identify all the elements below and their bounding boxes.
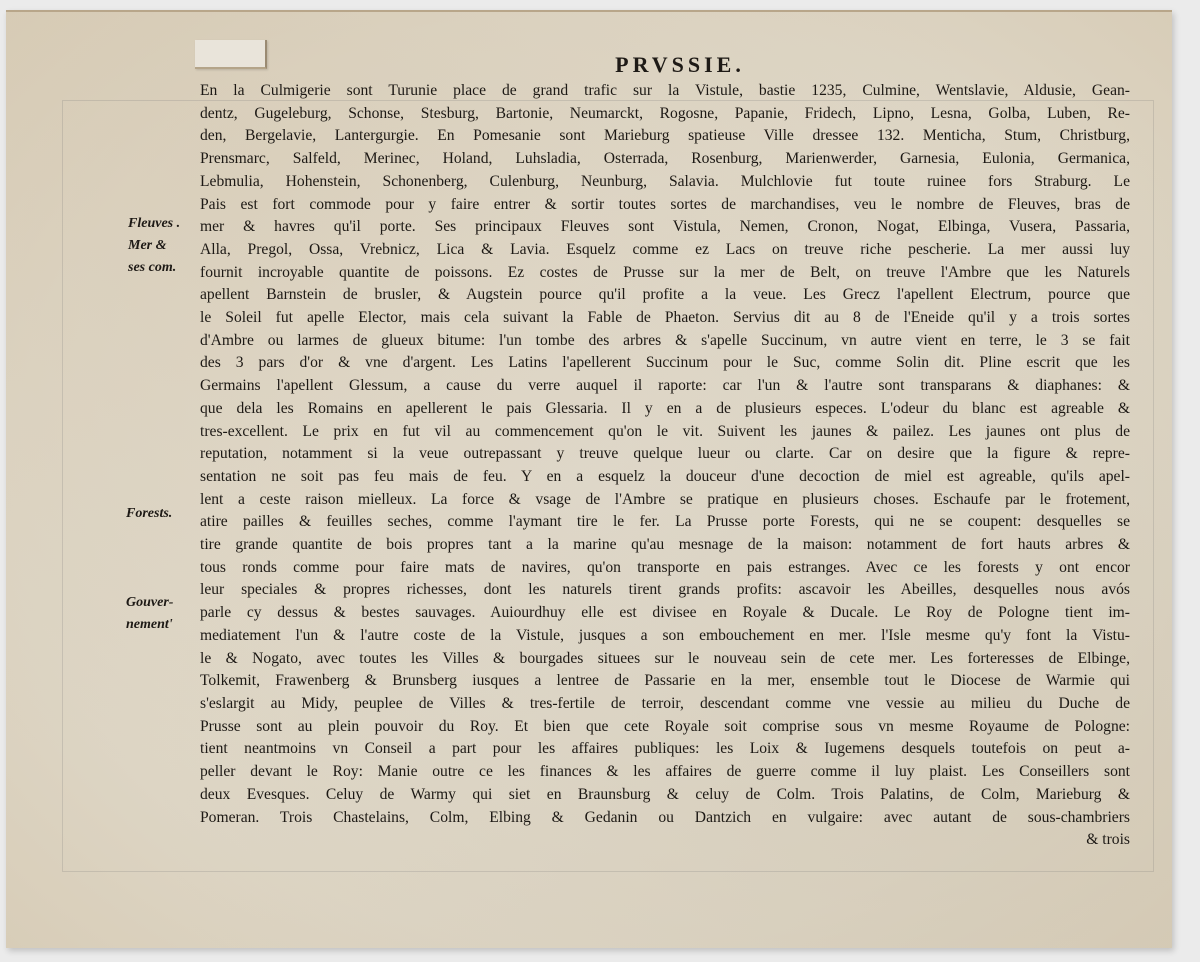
text-line: Alla, Pregol, Ossa, Vrebnicz, Lica & Lav… (200, 239, 1130, 262)
text-line: mediatement l'un & l'autre coste de la V… (200, 625, 1130, 648)
text-line: Pomeran. Trois Chastelains, Colm, Elbing… (200, 807, 1130, 830)
margin-note-fleuves: Fleuves . Mer & ses com. (128, 213, 180, 279)
text-line: Prensmarc, Salfeld, Merinec, Holand, Luh… (200, 148, 1130, 171)
margin-note-line: Fleuves . (128, 213, 180, 235)
text-line: Germains l'apellent Glessum, a cause du … (200, 375, 1130, 398)
text-line: tres-excellent. Le prix en fut vil au co… (200, 421, 1130, 444)
margin-note-line: nement' (126, 614, 173, 636)
text-line: peller devant le Roy: Manie outre ce les… (200, 761, 1130, 784)
text-line: En la Culmigerie sont Turunie place de g… (200, 80, 1130, 103)
text-line: leur speciales & propres richesses, dont… (200, 579, 1130, 602)
margin-note-line: Forests. (126, 503, 172, 525)
text-line: des 3 pars d'or & vne d'argent. Les Lati… (200, 352, 1130, 375)
catchword: & trois (200, 829, 1130, 852)
text-line: den, Bergelavie, Lantergurgie. En Pomesa… (200, 125, 1130, 148)
text-line: reputation, notamment si la veue outrepa… (200, 443, 1130, 466)
margin-note-line: Gouver- (126, 592, 173, 614)
text-line: Pais est fort commode pour y faire entre… (200, 194, 1130, 217)
text-line: tient neantmoins vn Conseil a part pour … (200, 738, 1130, 761)
page-title: PRVSSIE. (0, 52, 1200, 78)
text-line: que dela les Romains en apellerent le pa… (200, 398, 1130, 421)
body-text: En la Culmigerie sont Turunie place de g… (200, 80, 1130, 852)
text-line: Lebmulia, Hohenstein, Schonenberg, Culen… (200, 171, 1130, 194)
text-line: dentz, Gugeleburg, Schonse, Stesburg, Ba… (200, 103, 1130, 126)
text-line: Tolkemit, Frawenberg & Brunsberg iusques… (200, 670, 1130, 693)
text-line: le Soleil fut apelle Elector, mais cela … (200, 307, 1130, 330)
text-line: lent a ceste raison mielleux. La force &… (200, 489, 1130, 512)
text-line: mer & havres qu'il porte. Ses principaux… (200, 216, 1130, 239)
text-line: tous ronds comme pour faire mats de navi… (200, 557, 1130, 580)
text-line: d'Ambre ou larmes de glueux bitume: l'un… (200, 330, 1130, 353)
text-line: apellent Barnstein de brusler, & Augstei… (200, 284, 1130, 307)
text-line: tire grande quantite de bois propres tan… (200, 534, 1130, 557)
margin-note-line: Mer & (128, 235, 180, 257)
margin-note-line: ses com. (128, 257, 180, 279)
text-line: sentation ne soit pas feu mais de feu. Y… (200, 466, 1130, 489)
text-line: le & Nogato, avec toutes les Villes & bo… (200, 648, 1130, 671)
text-line: deux Evesques. Celuy de Warmy qui siet e… (200, 784, 1130, 807)
text-line: parle cy dessus & bestes sauvages. Auiou… (200, 602, 1130, 625)
text-line: Prusse sont au plein pouvoir du Roy. Et … (200, 716, 1130, 739)
text-line: fournit incroyable quantite de poissons.… (200, 262, 1130, 285)
text-line: atire pailles & feuilles seches, comme l… (200, 511, 1130, 534)
margin-note-forests: Forests. (126, 503, 172, 525)
text-line: s'eslargit au Midy, peuplee de Villes & … (200, 693, 1130, 716)
margin-note-gouvernement: Gouver- nement' (126, 592, 173, 636)
